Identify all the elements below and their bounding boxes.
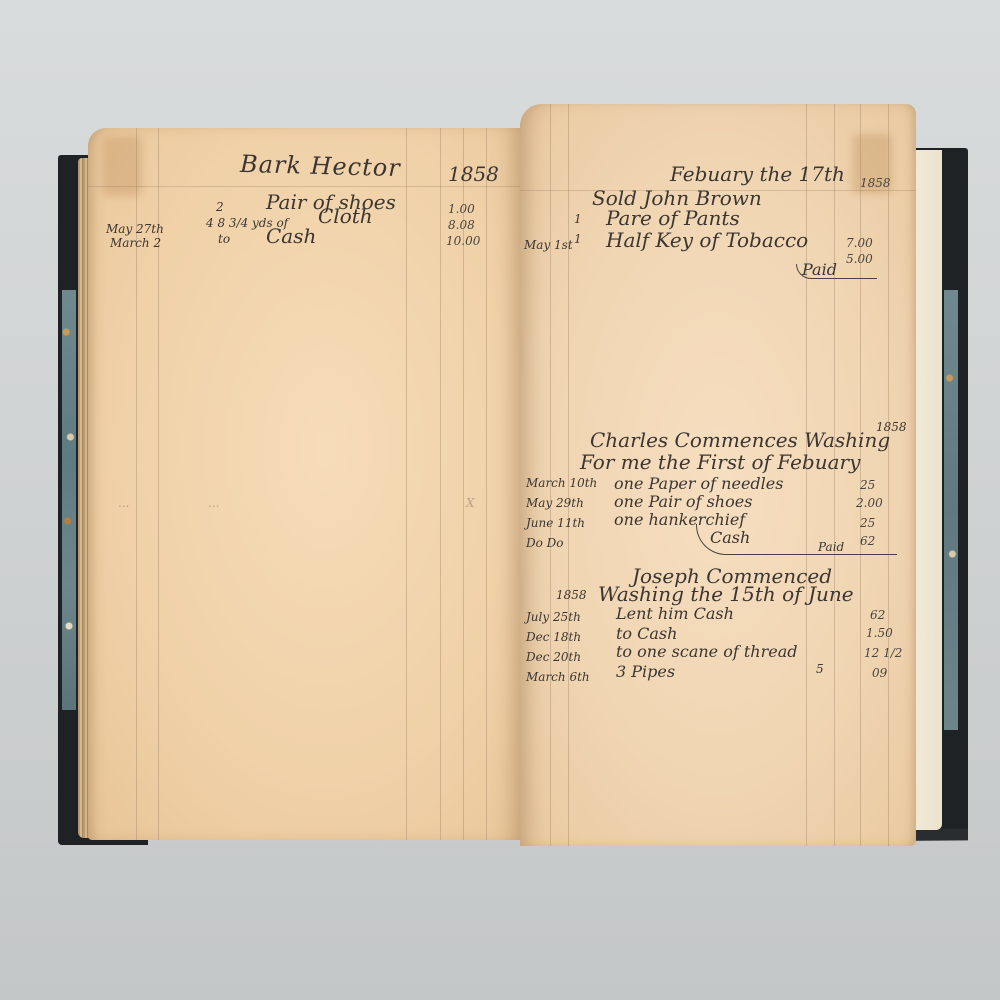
account-header: Charles Commences Washing — [590, 428, 890, 452]
ledger-page-right: Febuary the 17th 1858 Sold John Brown Ma… — [520, 104, 916, 846]
entry-item: Lent him Cash — [616, 604, 734, 623]
entry-date: March 2 — [110, 236, 161, 250]
paid-underline — [796, 264, 877, 279]
entry-item: 3 Pipes — [616, 662, 675, 681]
account-header: For me the First of Febuary — [580, 450, 860, 474]
entry-item: Cash — [266, 224, 316, 248]
entry-item: one Paper of needles — [614, 474, 783, 493]
marbled-endpaper-right — [944, 290, 958, 730]
entry-date: March 10th — [526, 476, 597, 490]
entry-item: one Pair of shoes — [614, 492, 752, 511]
entry-amount: 62 — [870, 608, 885, 622]
entry-date: May 27th — [106, 222, 164, 236]
account-name: Bark Hector — [240, 150, 401, 182]
entry-date: May 29th — [526, 496, 584, 510]
entry-item: Half Key of Tobacco — [606, 228, 808, 252]
marbled-endpaper-left — [62, 290, 76, 710]
entry-amount: 8.08 — [448, 218, 475, 232]
entry-item: Cloth — [318, 204, 373, 228]
entry-item: to one scane of thread — [616, 642, 797, 661]
entry-date: June 11th — [526, 516, 585, 530]
entry-amount: 25 — [860, 478, 875, 492]
faint-mark: ... — [118, 496, 129, 510]
account-header: Washing the 15th of June — [598, 582, 854, 606]
account-year: 1858 — [860, 176, 891, 190]
account-year: 1858 — [448, 162, 499, 186]
faint-mark: ... — [208, 496, 219, 510]
entry-amount: 1.50 — [866, 626, 893, 640]
entry-qty: 1 — [574, 212, 582, 226]
entry-amount: 2.00 — [856, 496, 883, 510]
entry-date: May 1st — [524, 238, 573, 252]
entry-date: Do Do — [526, 536, 564, 550]
entry-item: to Cash — [616, 624, 677, 643]
entry-date: March 6th — [526, 670, 590, 684]
entry-amount: 09 — [872, 666, 887, 680]
entry-amount: 1.00 — [448, 202, 475, 216]
entry-amount: 10.00 — [446, 234, 480, 248]
entry-date: Dec 20th — [526, 650, 581, 664]
account-year: 1858 — [556, 588, 587, 602]
entry-unit-price: 5 — [816, 662, 824, 676]
entry-date: July 25th — [526, 610, 581, 624]
entry-qty: to — [218, 232, 230, 246]
entry-amount: 12 1/2 — [864, 646, 902, 660]
account-header: Febuary the 17th — [670, 162, 845, 186]
entry-amount: 7.00 — [846, 236, 873, 250]
entry-item: Pare of Pants — [606, 206, 740, 230]
entry-date: Dec 18th — [526, 630, 581, 644]
ledger-page-left: Bark Hector 1858 2 Pair of shoes 1.00 Ma… — [88, 128, 520, 840]
entry-qty: 1 — [574, 232, 582, 246]
entry-qty: 2 — [216, 200, 224, 214]
paid-underline — [696, 524, 897, 555]
faint-mark: X — [466, 496, 475, 510]
